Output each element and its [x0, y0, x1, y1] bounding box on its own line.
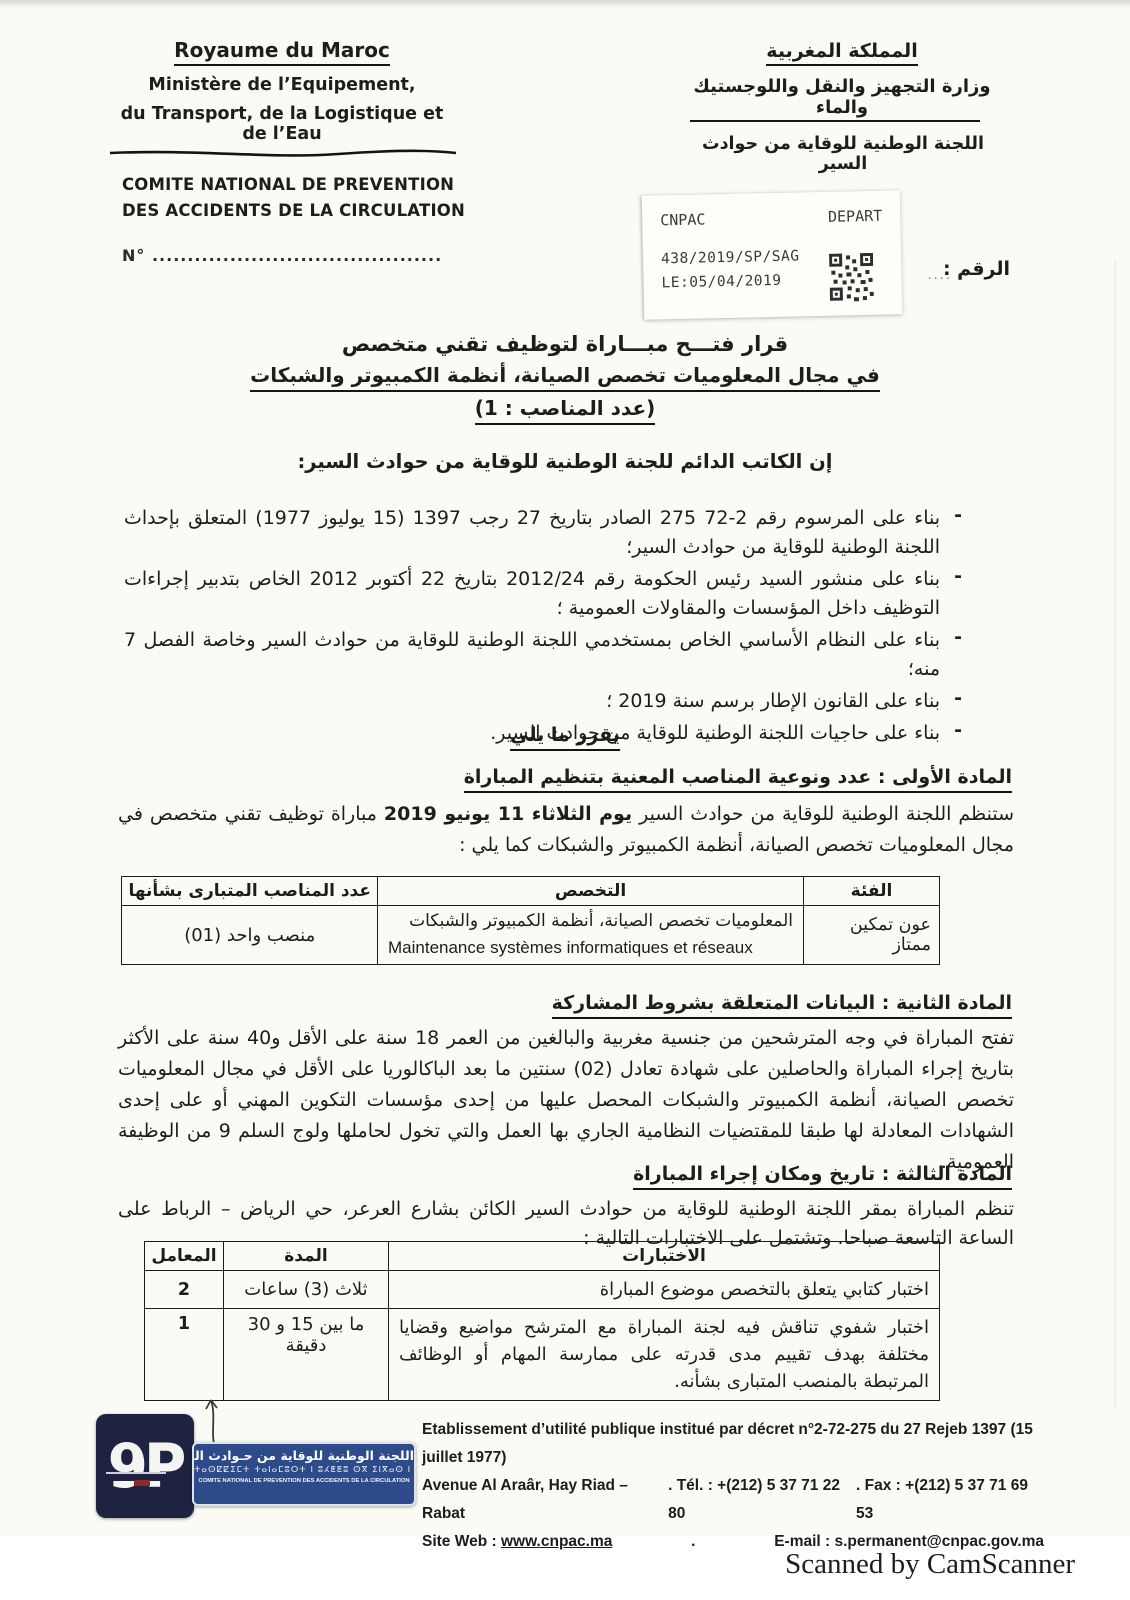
- preamble-item: - بناء على منشور السيد رئيس الحكومة رقم …: [124, 565, 962, 623]
- number-label-ar: الرقم :: [943, 258, 1010, 280]
- cnpac-logo-mark: 9P: [96, 1414, 194, 1518]
- header-arabic: المملكة المغربية وزارة التجهيز والنقل وا…: [672, 40, 1012, 118]
- qr-code-icon: [829, 253, 874, 304]
- title-line3: (عدد المناصب : 1): [475, 396, 656, 425]
- article2-heading: المادة الثانية : البيانات المتعلقة بشروط…: [552, 992, 1012, 1014]
- coefficient-cell: 1: [145, 1309, 224, 1401]
- kingdom-title-fr: Royaume du Maroc: [174, 38, 390, 66]
- footer-separator-dot: .: [691, 1528, 695, 1556]
- scan-crease: [1114, 260, 1116, 1410]
- article1-body: ستنظم اللجنة الوطنية للوقاية من حوادث ال…: [118, 799, 1014, 861]
- divider-line-fr: [108, 148, 458, 162]
- col-category: الفئة: [804, 877, 940, 906]
- cnpac-logo-banner: اللجنة الوطنية للوقاية من حـوادث الـسيـر…: [192, 1442, 416, 1506]
- article1-heading: المادة الأولى : عدد ونوعية المناصب المعن…: [464, 766, 1012, 788]
- specialty-cell: المعلوميات تخصص الصيانة، أنظمة الكمبيوتر…: [378, 906, 804, 965]
- pen-arrow-mark: [196, 1392, 230, 1448]
- committee-title-ar: اللجنة الوطنية للوقاية من حوادث السير: [678, 134, 1008, 174]
- table-row: اختبار شفوي تناقش فيه لجنة المباراة مع ا…: [145, 1309, 940, 1401]
- stamp-org: CNPAC: [660, 210, 706, 229]
- coefficient-cell: 2: [145, 1271, 224, 1309]
- decision-statement: يقرر ما يلي: [510, 724, 620, 746]
- committee-fr-line1: COMITE NATIONAL DE PREVENTION: [122, 172, 465, 198]
- banner-french: COMITE NATIONAL DE PREVENTION DES ACCIDE…: [194, 1478, 414, 1484]
- duration-cell: ثلاث (3) ساعات: [224, 1271, 389, 1309]
- category-cell: عون تمكين ممتاز: [804, 906, 940, 965]
- ministry-fr-line2: du Transport, de la Logistique et de l’E…: [112, 104, 452, 144]
- title-line1: قرار فتـــح مبـــاراة لتوظيف تقني متخصص: [245, 332, 885, 356]
- title-line2: في مجال المعلوميات تخصص الصيانة، أنظمة ا…: [250, 363, 880, 392]
- exams-table: الاختبارات المدة المعامل اختبار كتابي يت…: [144, 1241, 940, 1401]
- footer-fax: . Fax : +(212) 5 37 71 69 53: [856, 1472, 1044, 1528]
- logo-letters: 9P: [108, 1436, 183, 1497]
- stamp-type: DEPART: [828, 207, 883, 226]
- decision-title: قرار فتـــح مبـــاراة لتوظيف تقني متخصص …: [245, 332, 885, 420]
- col-positions: عدد المناصب المتبارى بشأنها: [122, 877, 378, 906]
- document-number-line: N° .....................................…: [122, 246, 442, 265]
- footer-establishment-line: Etablissement d’utilité publique institu…: [422, 1416, 1044, 1472]
- kingdom-title-ar: المملكة المغربية: [766, 40, 917, 66]
- article3-heading: المادة الثالثة : تاريخ ومكان إجراء المبا…: [633, 1163, 1012, 1185]
- ministry-ar: وزارة التجهيز والنقل واللوجستيك والماء: [672, 76, 1012, 118]
- table-row: عون تمكين ممتاز المعلوميات تخصص الصيانة،…: [122, 906, 940, 965]
- footer-phone: . Tél. : +(212) 5 37 71 22 80: [668, 1472, 856, 1528]
- duration-cell: ما بين 15 و 30 دقيقة: [224, 1309, 389, 1401]
- camscanner-watermark: Scanned by CamScanner: [785, 1548, 1075, 1581]
- header-french: Royaume du Maroc Ministère de l’Equipeme…: [112, 38, 452, 144]
- preamble-list: - بناء على المرسوم رقم 2-72 275 الصادر ب…: [124, 504, 962, 751]
- registry-stamp: CNPAC DEPART 438/2019/SP/SAG LE:05/04/20…: [642, 190, 903, 319]
- article2-body: تفتح المباراة في وجه المترشحين من جنسية …: [118, 1023, 1014, 1178]
- dash-bullet-icon: -: [940, 626, 962, 684]
- table-row: اختبار كتابي يتعلق بالتخصص موضوع المبارا…: [145, 1271, 940, 1309]
- positions-table: الفئة التخصص عدد المناصب المتبارى بشأنها…: [121, 876, 940, 965]
- footer-address: Avenue Al Araâr, Hay Riad – Rabat: [422, 1472, 668, 1528]
- footer-contact-block: Etablissement d’utilité publique institu…: [422, 1416, 1044, 1556]
- ministry-fr-line1: Ministère de l’Equipement,: [112, 75, 452, 95]
- dash-bullet-icon: -: [940, 565, 962, 623]
- specialty-french: Maintenance systèmes informatiques et ré…: [386, 932, 795, 962]
- col-duration: المدة: [224, 1242, 389, 1271]
- col-coefficient: المعامل: [145, 1242, 224, 1271]
- footer-website: Site Web : www.cnpac.ma: [422, 1528, 612, 1556]
- intro-line: إن الكاتب الدائم للجنة الوطنية للوقاية م…: [245, 450, 885, 473]
- preamble-item: - بناء على المرسوم رقم 2-72 275 الصادر ب…: [124, 504, 962, 562]
- col-specialty: التخصص: [378, 877, 804, 906]
- dash-bullet-icon: -: [940, 504, 962, 562]
- scanned-document-page: Royaume du Maroc Ministère de l’Equipeme…: [0, 0, 1130, 1600]
- table-header-row: الاختبارات المدة المعامل: [145, 1242, 940, 1271]
- dash-bullet-icon: -: [940, 687, 962, 716]
- positions-cell: منصب واحد (01): [122, 906, 378, 965]
- banner-arabic: اللجنة الوطنية للوقاية من حـوادث الـسيـر: [194, 1448, 414, 1463]
- website-url: www.cnpac.ma: [501, 1533, 612, 1550]
- exam-cell: اختبار شفوي تناقش فيه لجنة المباراة مع ا…: [389, 1309, 940, 1401]
- table-header-row: الفئة التخصص عدد المناصب المتبارى بشأنها: [122, 877, 940, 906]
- specialty-arabic: المعلوميات تخصص الصيانة، أنظمة الكمبيوتر…: [386, 908, 795, 932]
- logo-red-accent: [134, 1480, 150, 1486]
- dash-bullet-icon: -: [940, 719, 962, 748]
- exam-date: يوم الثلاثاء 11 يونيو 2019: [384, 803, 632, 825]
- banner-tifinagh: ⵜⴰⵙⵇⵇⵉⵎⵜ ⵜⴰⵏⴰⵎⵓⵔⵜ ⵏ ⵓⵃⵟⵟⵓ ⵙⴳ ⵉⵏⴳⴰⵙ ⵏ ⵓⴱⵔ…: [194, 1465, 414, 1475]
- preamble-item: - بناء على القانون الإطار برسم سنة 2019 …: [124, 687, 962, 716]
- divider-line-ar: [690, 120, 980, 122]
- preamble-item: - بناء على النظام الأساسي الخاص بمستخدمي…: [124, 626, 962, 684]
- committee-fr-line2: DES ACCIDENTS DE LA CIRCULATION: [122, 198, 465, 224]
- committee-title-fr: COMITE NATIONAL DE PREVENTION DES ACCIDE…: [122, 172, 465, 224]
- exam-cell: اختبار كتابي يتعلق بالتخصص موضوع المبارا…: [389, 1271, 940, 1309]
- col-exams: الاختبارات: [389, 1242, 940, 1271]
